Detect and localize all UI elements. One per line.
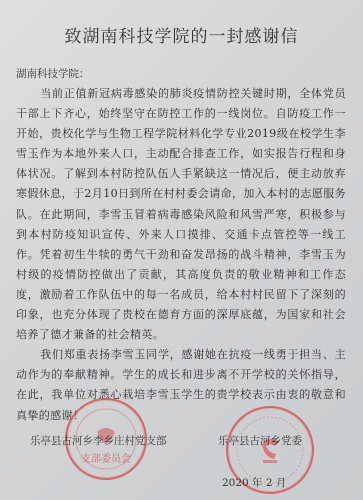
letter-body: 当前正值新冠病毒感染的肺炎疫情防控关键时期，全体党员干部上下齐心，始终坚守在防控… [16, 84, 346, 426]
salutation: 湖南科技学院： [16, 66, 90, 81]
paragraph-1: 当前正值新冠病毒感染的肺炎疫情防控关键时期，全体党员干部上下齐心，始终坚守在防控… [16, 84, 346, 345]
letter-title: 致湖南科技学院的一封感谢信 [0, 22, 363, 47]
letter-date: 2020 年 2 月 [222, 475, 286, 490]
signature-township-committee: 乐亭县古河乡党委 [218, 433, 302, 448]
seal-label: 支部委员会 [67, 450, 145, 465]
letter-page: 致湖南科技学院的一封感谢信 湖南科技学院： 当前正值新冠病毒感染的肺炎疫情防控关… [0, 0, 363, 500]
signature-village-branch: 乐亭县古河乡李乡庄村党支部 [30, 433, 167, 448]
